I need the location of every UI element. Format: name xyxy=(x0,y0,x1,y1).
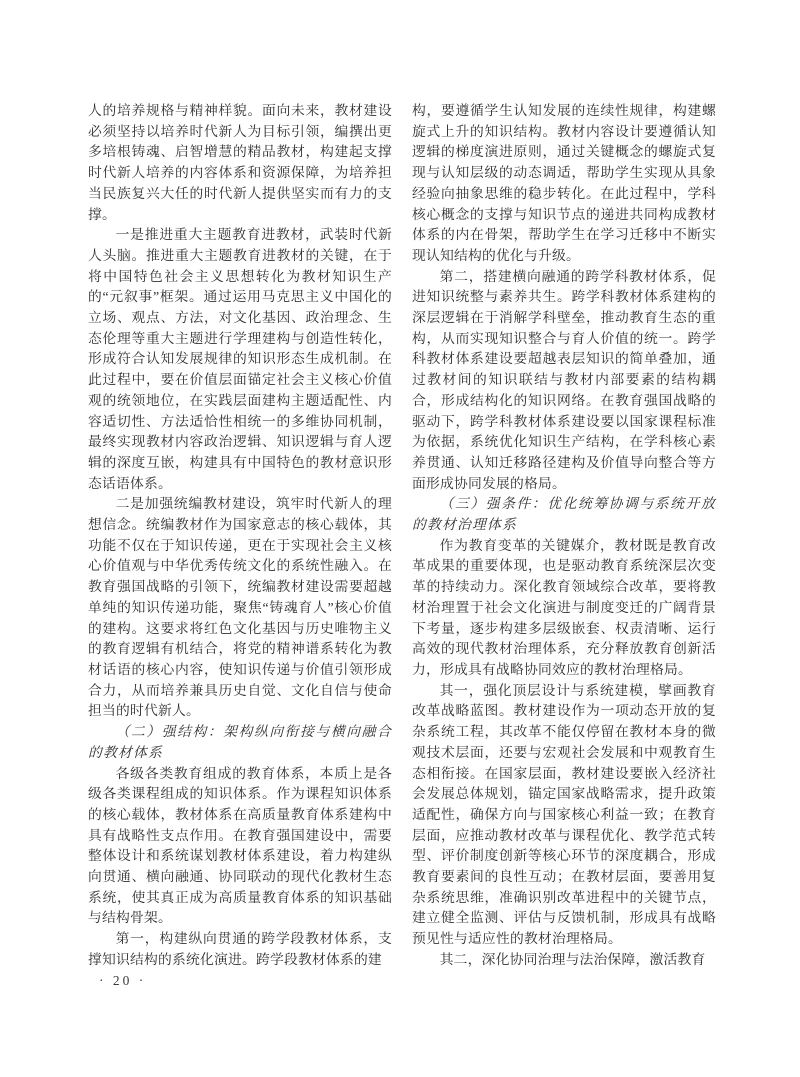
text-columns: 人的培养规格与精神样貌。面向未来，教材建设必须坚持以培养时代新人为目标引领，编撰… xyxy=(88,101,716,971)
page-number: · 20 · xyxy=(99,973,146,989)
right-column: 构，要遵循学生认知发展的连续性规律，构建螺旋式上升的知识结构。教材内容设计要遵循… xyxy=(412,101,716,971)
paragraph: 作为教育变革的关键媒介，教材既是教育改革成果的重要体现，也是驱动教育系统深层次变… xyxy=(412,536,716,681)
paragraph: 其二，深化协同治理与法治保障，激活教育 xyxy=(412,950,716,971)
paragraph: 二是加强统编教材建设，筑牢时代新人的理想信念。统编教材作为国家意志的核心载体，其… xyxy=(88,494,392,722)
document-page: 人的培养规格与精神样貌。面向未来，教材建设必须坚持以培养时代新人为目标引领，编撰… xyxy=(0,0,800,1077)
paragraph: 人的培养规格与精神样貌。面向未来，教材建设必须坚持以培养时代新人为目标引领，编撰… xyxy=(88,101,392,225)
paragraph: 其一，强化顶层设计与系统建模，擘画教育改革战略蓝图。教材建设作为一项动态开放的复… xyxy=(412,681,716,950)
section-heading-3: （三）强条件：优化统筹协调与系统开放的教材治理体系 xyxy=(412,494,716,535)
paragraph: 各级各类教育组成的教育体系，本质上是各级各类课程组成的知识体系。作为课程知识体系… xyxy=(88,764,392,930)
left-column: 人的培养规格与精神样貌。面向未来，教材建设必须坚持以培养时代新人为目标引领，编撰… xyxy=(88,101,392,971)
paragraph: 一是推进重大主题教育进教材，武装时代新人头脑。推进重大主题教育进教材的关键，在于… xyxy=(88,225,392,494)
section-heading-2: （二）强结构：架构纵向衔接与横向融合的教材体系 xyxy=(88,722,392,763)
paragraph: 第二，搭建横向融通的跨学科教材体系，促进知识统整与素养共生。跨学科教材体系建构的… xyxy=(412,267,716,495)
paragraph: 构，要遵循学生认知发展的连续性规律，构建螺旋式上升的知识结构。教材内容设计要遵循… xyxy=(412,101,716,267)
paragraph: 第一，构建纵向贯通的跨学段教材体系，支撑知识结构的系统化演进。跨学段教材体系的建 xyxy=(88,929,392,970)
